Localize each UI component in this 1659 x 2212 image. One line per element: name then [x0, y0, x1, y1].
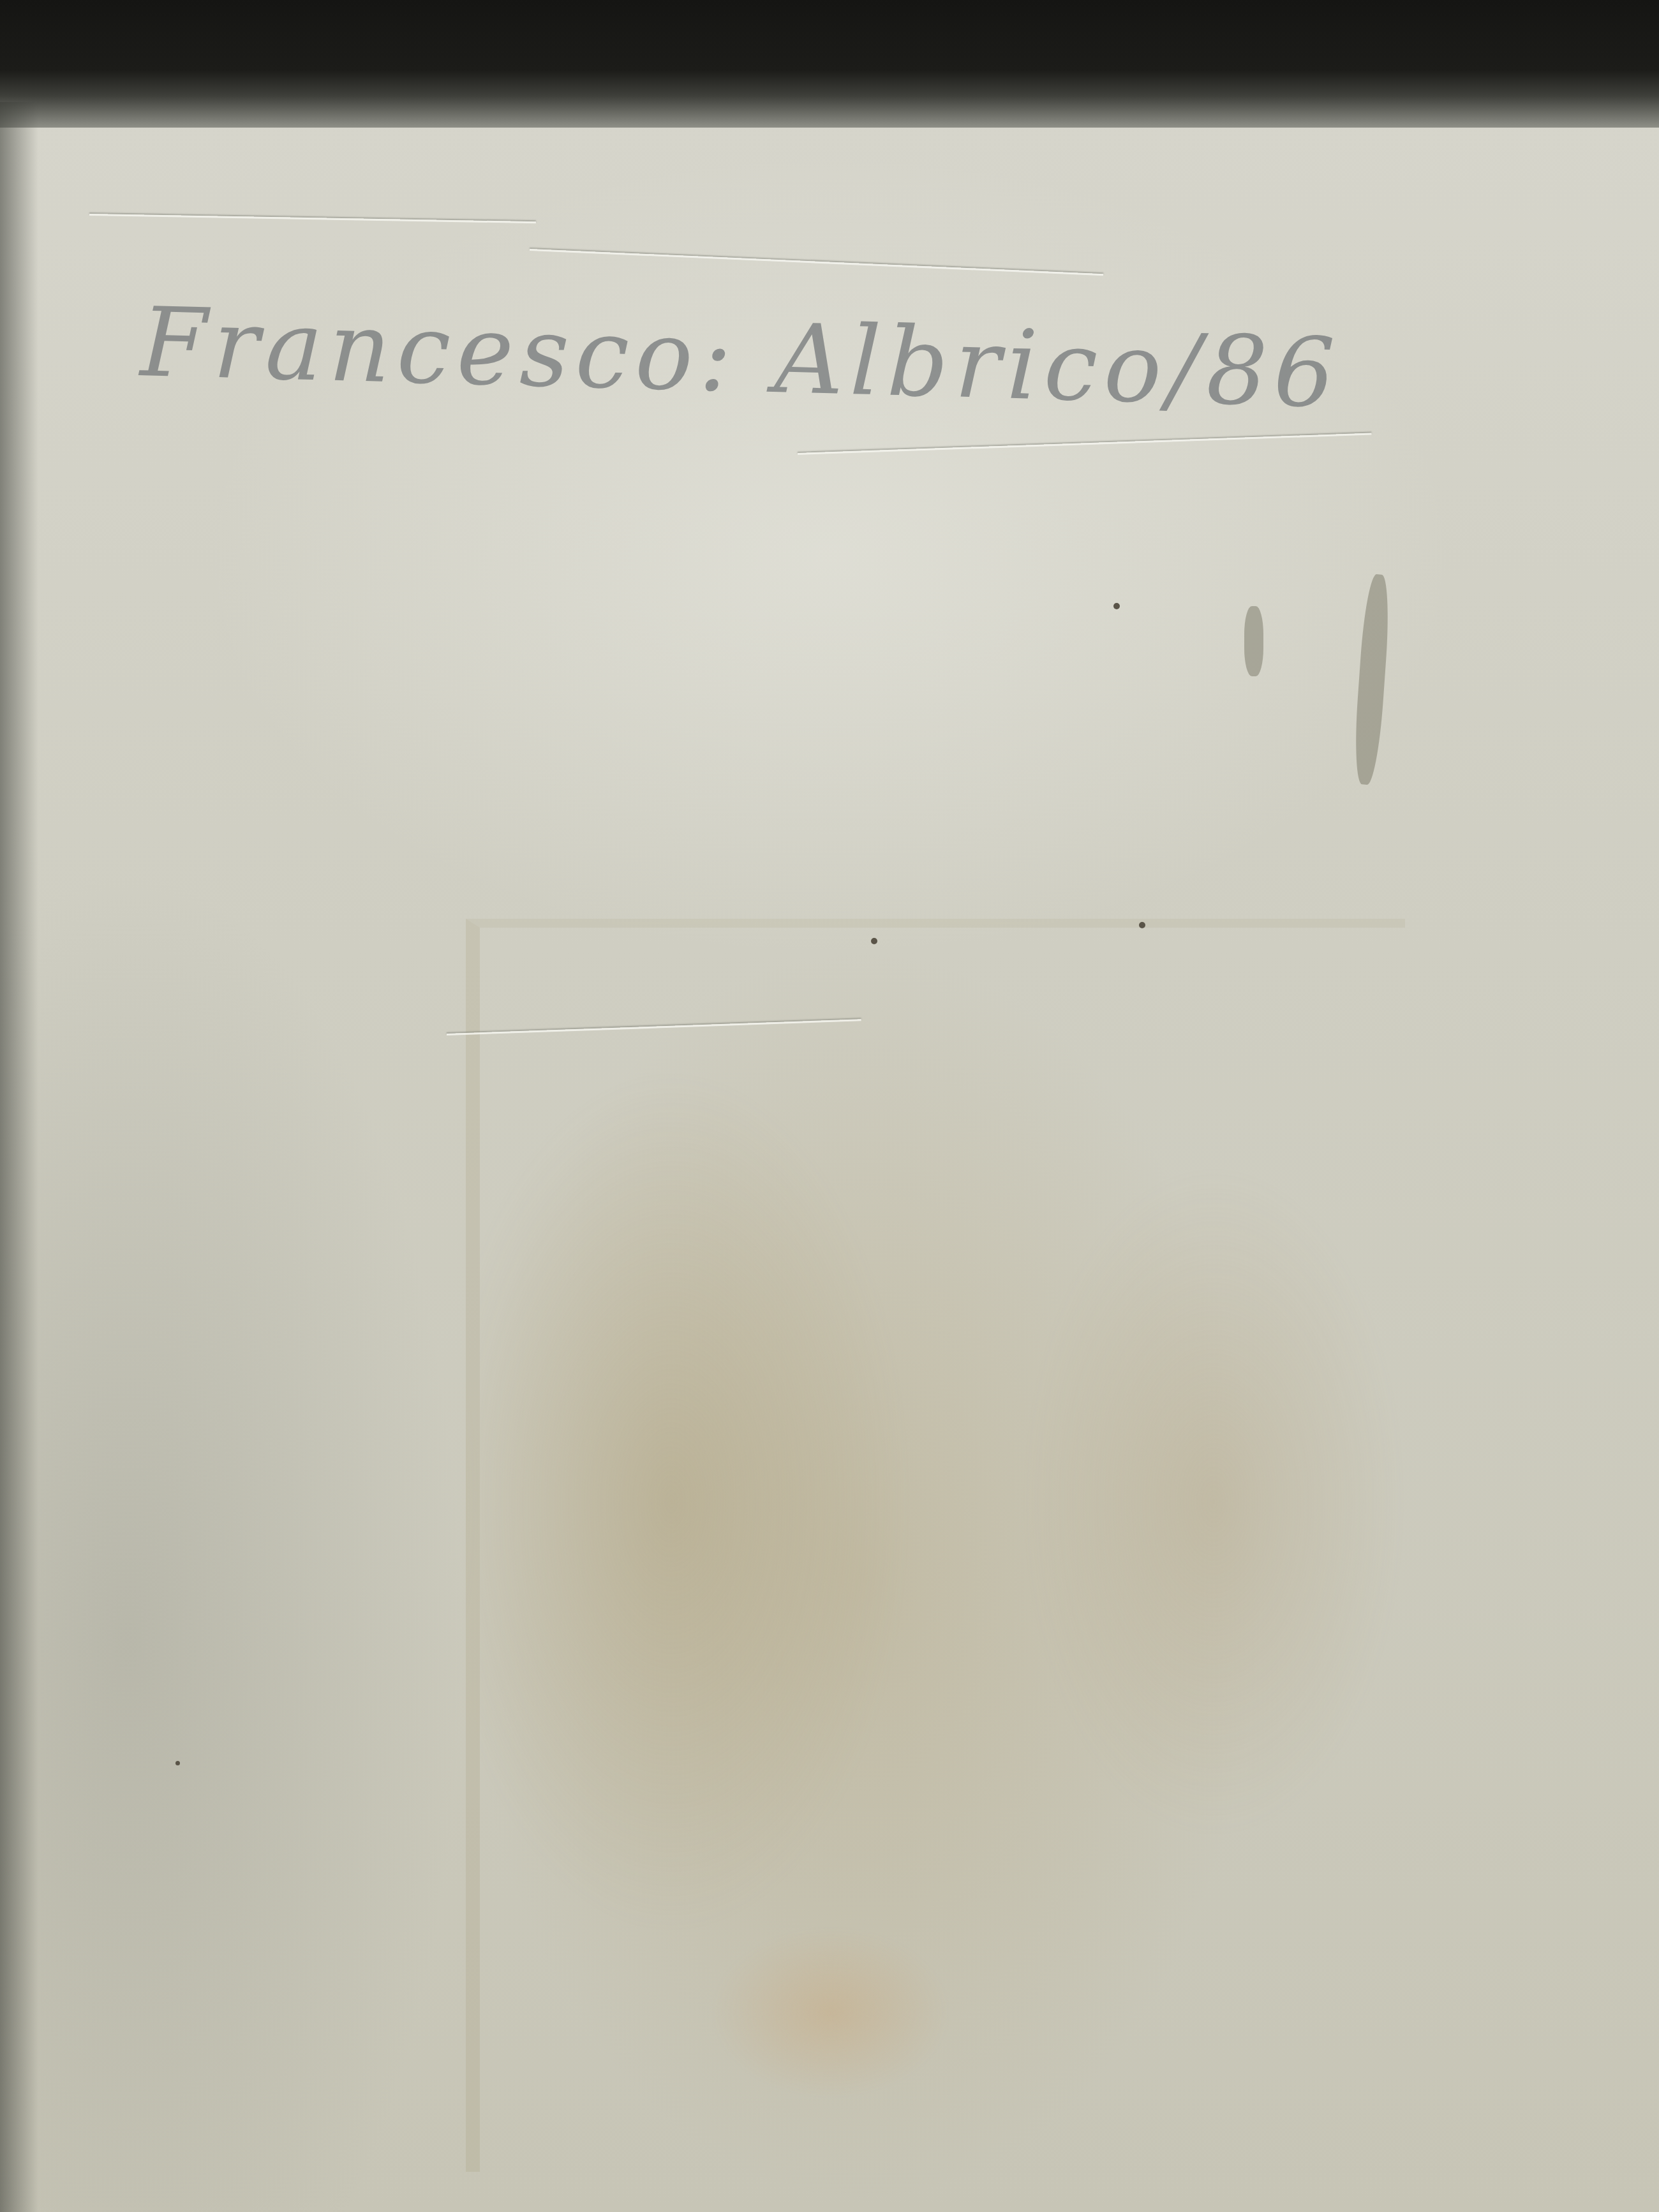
frame-shadow — [0, 102, 38, 2212]
water-stain — [466, 919, 1405, 2172]
picture-frame-top — [0, 0, 1659, 128]
paper-speck — [871, 938, 877, 944]
pencil-mark — [1244, 606, 1263, 676]
paper-speck — [175, 1761, 180, 1765]
paper-speck — [1139, 922, 1145, 928]
paper-speck — [1113, 603, 1120, 609]
